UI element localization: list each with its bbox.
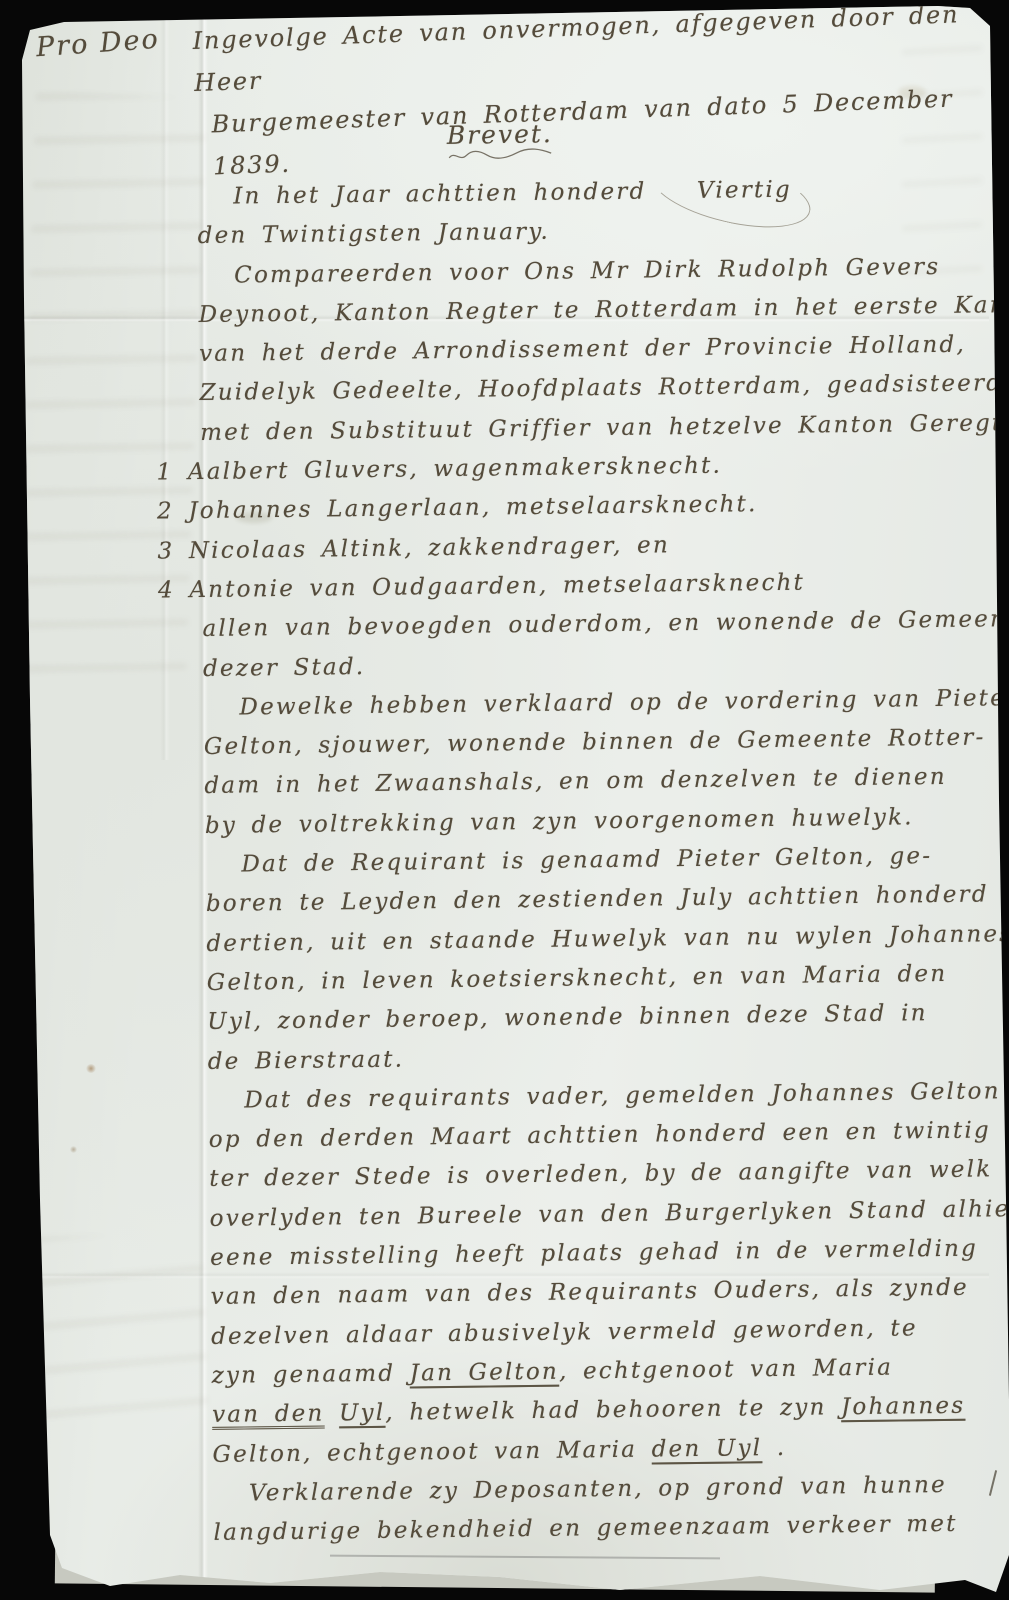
line-segment [324, 1401, 339, 1427]
ink-bleedthrough [27, 1232, 209, 1428]
manuscript-body: In het Jaar achttien honderd Viertigden … [197, 168, 1009, 1553]
manuscript-page: Pro Deo Ingevolge Acte van onvermogen, a… [0, 0, 1009, 1600]
title-flourish-icon [400, 145, 600, 168]
underlined-name: den Uyl [651, 1435, 762, 1462]
underlined-name: Jan Gelton [410, 1359, 560, 1387]
flourished-word: Viertig [661, 171, 792, 212]
pencil-mark [330, 1555, 720, 1560]
line-segment: In het Jaar achttien honderd [233, 178, 661, 209]
pro-deo-annotation: Pro Deo [35, 24, 161, 64]
underlined-name: Uyl [339, 1400, 386, 1427]
line-segment: zyn genaamd [211, 1360, 409, 1388]
line-segment: Gelton, echtgenoot van Maria [212, 1436, 651, 1467]
line-segment: . [762, 1434, 786, 1460]
underlined-name: Johannes [841, 1393, 966, 1421]
underlined-name: van den [212, 1401, 325, 1428]
manuscript-line: langdurige bekendheid en gemeenzaam verk… [213, 1504, 1009, 1553]
document-title-block: Brevet. [400, 118, 601, 168]
line-segment: , echtgenoot van Maria [559, 1354, 893, 1384]
line-segment: , hetwelk had behooren te zyn [385, 1394, 841, 1426]
ink-stain [70, 1146, 77, 1153]
ink-stain [86, 1064, 96, 1073]
